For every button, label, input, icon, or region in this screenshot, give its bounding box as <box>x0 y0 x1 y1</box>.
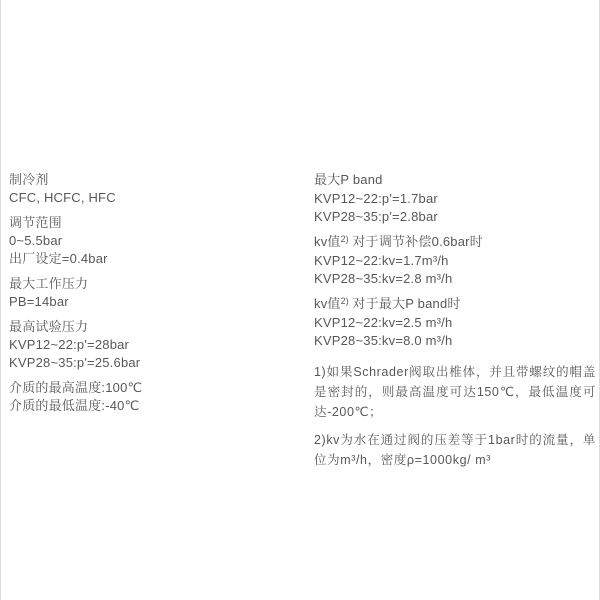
footnote-1: 1)如果Schrader阀取出椎体，并且带螺纹的帽盖是密封的，则最高温度可达15… <box>314 362 596 422</box>
section-heading: 调节范围 <box>9 214 299 232</box>
section-heading: 最高试验压力 <box>9 318 299 336</box>
footnotes-block: 1)如果Schrader阀取出椎体，并且带螺纹的帽盖是密封的，则最高温度可达15… <box>314 362 596 470</box>
spec-right-column: 最大P band KVP12~22:p'=1.7bar KVP28~35:p'=… <box>314 171 596 478</box>
max-p-band-section: 最大P band KVP12~22:p'=1.7bar KVP28~35:p'=… <box>314 171 596 226</box>
spec-left-column: 制冷剂 CFC, HCFC, HFC 调节范围 0~5.5bar 出厂设定=0.… <box>9 171 299 422</box>
media-temperature-section: 介质的最高温度:100℃ 介质的最低温度:-40℃ <box>9 379 299 415</box>
heading-text: 对于调节补偿0.6bar时 <box>349 234 483 249</box>
max-working-pressure-section: 最大工作压力 PB=14bar <box>9 275 299 311</box>
spec-line: KVP12~22:p'=28bar <box>9 336 299 354</box>
refrigerant-section: 制冷剂 CFC, HCFC, HFC <box>9 171 299 207</box>
heading-text: kv值 <box>314 296 341 311</box>
heading-superscript: 2) <box>341 296 349 306</box>
spec-line: KVP12~22:kv=2.5 m³/h <box>314 314 596 332</box>
kv-regulation-section: kv值2) 对于调节补偿0.6bar时 KVP12~22:kv=1.7m³/h … <box>314 233 596 288</box>
spec-line: KVP12~22:p'=1.7bar <box>314 190 596 208</box>
section-heading: kv值2) 对于调节补偿0.6bar时 <box>314 233 596 252</box>
spec-line: 介质的最高温度:100℃ <box>9 379 299 397</box>
spec-line: PB=14bar <box>9 293 299 311</box>
spec-line: KVP28~35:kv=8.0 m³/h <box>314 332 596 350</box>
section-heading: 最大P band <box>314 171 596 190</box>
datasheet-page: 制冷剂 CFC, HCFC, HFC 调节范围 0~5.5bar 出厂设定=0.… <box>0 0 600 600</box>
heading-text: 最大P band <box>314 172 383 187</box>
spec-line: CFC, HCFC, HFC <box>9 189 299 207</box>
max-test-pressure-section: 最高试验压力 KVP12~22:p'=28bar KVP28~35:p'=25.… <box>9 318 299 372</box>
heading-text: kv值 <box>314 234 341 249</box>
spec-line: KVP28~35:p'=25.6bar <box>9 354 299 372</box>
spec-line: KVP28~35:p'=2.8bar <box>314 208 596 226</box>
spec-line: 介质的最低温度:-40℃ <box>9 397 299 415</box>
section-heading: 最大工作压力 <box>9 275 299 293</box>
spec-line: KVP28~35:kv=2.8 m³/h <box>314 270 596 288</box>
regulation-range-section: 调节范围 0~5.5bar 出厂设定=0.4bar <box>9 214 299 268</box>
heading-superscript: 2) <box>341 234 349 244</box>
section-heading: kv值2) 对于最大P band时 <box>314 295 596 314</box>
spec-line: 0~5.5bar <box>9 232 299 250</box>
spec-line: 出厂设定=0.4bar <box>9 250 299 268</box>
section-heading: 制冷剂 <box>9 171 299 189</box>
heading-text: 对于最大P band时 <box>349 296 461 311</box>
kv-max-p-band-section: kv值2) 对于最大P band时 KVP12~22:kv=2.5 m³/h K… <box>314 295 596 350</box>
footnote-2: 2)kv为水在通过阀的压差等于1bar时的流量，单位为m³/h，密度ρ=1000… <box>314 430 596 470</box>
spec-line: KVP12~22:kv=1.7m³/h <box>314 252 596 270</box>
